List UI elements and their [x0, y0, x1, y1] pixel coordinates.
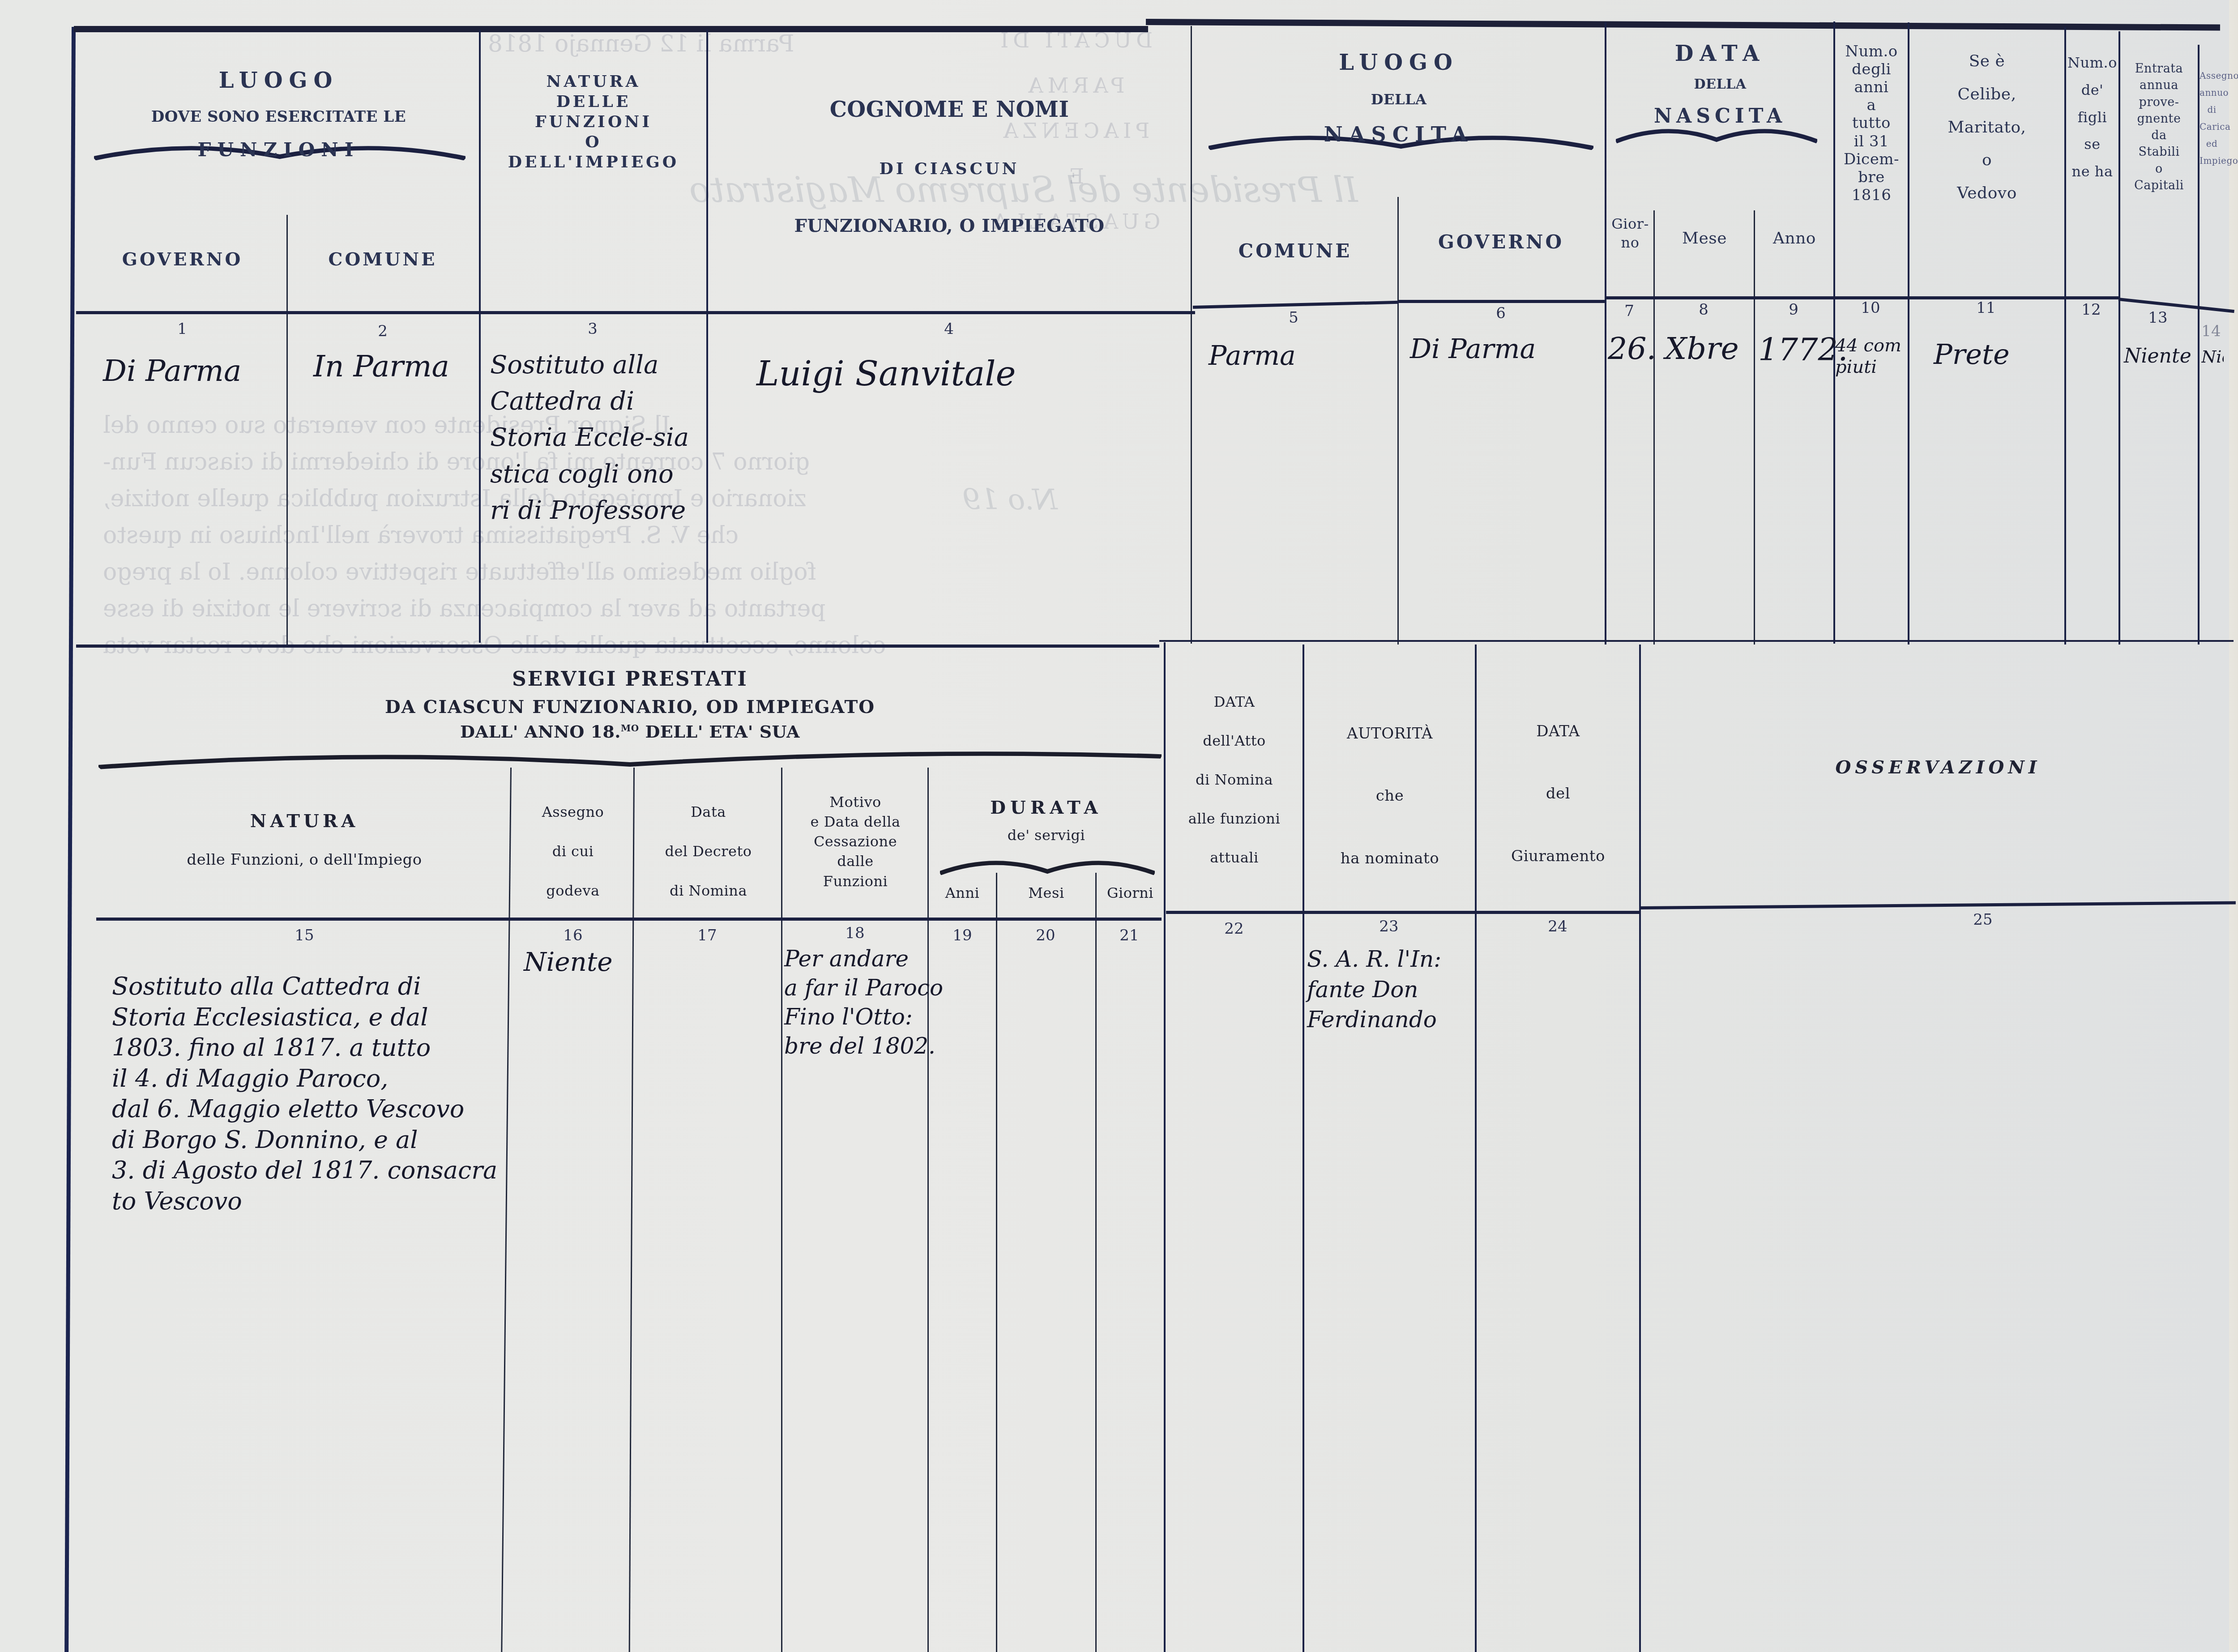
entrata-header-line: Entrata: [2120, 60, 2198, 77]
ghost-stamp-date: Parma li 12 Gennajo 1818: [488, 30, 794, 57]
num-anni-header-line: tutto: [1835, 114, 1908, 132]
subheader-mese: Mese: [1655, 228, 1754, 248]
num-anni-header-line: degli: [1835, 60, 1908, 78]
decreto-header-line: Data: [636, 792, 781, 832]
header-motivo-cessazione: Motivoe Data dellaCessazionedalleFunzion…: [783, 792, 927, 891]
column-number: 7: [1611, 302, 1647, 320]
servigi-natura-entry-line: di Borgo S. Donnino, e al: [112, 1125, 497, 1156]
natura-entry-line: stica cogli ono: [490, 456, 689, 492]
header-data-decreto: Datadel Decretodi Nomina: [636, 792, 781, 910]
natura-header-line: FUNZIONI: [481, 112, 706, 132]
ghost-line: foglio medesimo all'effettuate rispettiv…: [103, 559, 1177, 585]
entrata-header-line: da: [2120, 127, 2198, 144]
header-data-atto-nomina: DATAdell'Attodi Nominaalle funzioniattua…: [1166, 683, 1303, 877]
header-entrata: Entrataannuaprove-gnentedaStabilioCapita…: [2120, 60, 2198, 194]
entrata-header-line: Capitali: [2120, 177, 2198, 194]
servigi-natura-entry-line: dal 6. Maggio eletto Vescovo: [112, 1094, 497, 1125]
giuramento-header-line: DATA: [1477, 700, 1639, 763]
header-natura-impiego: NATURADELLEFUNZIONIODELL'IMPIEGO: [481, 72, 706, 172]
entry-num-anni: 44 compiuti: [1835, 335, 1901, 378]
entry-governo: Di Parma: [103, 354, 241, 388]
column-number: 22: [1216, 920, 1252, 938]
entrata-header-line: annua: [2120, 77, 2198, 94]
column-number: 16: [555, 926, 591, 944]
entry-entrata: Niente: [2124, 345, 2191, 367]
data-atto-header-line: attuali: [1166, 838, 1303, 877]
section-divider: [76, 645, 1159, 648]
column-number: 6: [1483, 304, 1519, 322]
num-anni-entry-line: piuti: [1835, 356, 1901, 378]
column-number: 15: [286, 926, 322, 944]
column-number: 21: [1111, 926, 1147, 944]
stato-civile-header-line: Maritato,: [1909, 111, 2064, 144]
assegno-carica-header-line: di: [2200, 101, 2224, 118]
header-num-figli: Num.ode'figlisene ha: [2066, 49, 2118, 185]
entry-servigi-natura: Sostituto alla Cattedra diStoria Ecclesi…: [112, 971, 497, 1217]
motivo-entry-line: a far il Paroco: [784, 973, 943, 1003]
assegno-header-line: godeva: [513, 871, 633, 910]
column-number: 19: [944, 926, 980, 944]
motivo-entry-line: Per andare: [784, 944, 943, 973]
subheader-governo: GOVERNO: [78, 248, 286, 271]
assegno-carica-header-line: ed: [2200, 135, 2224, 152]
num-figli-header-line: ne ha: [2066, 158, 2118, 185]
data-atto-header-line: di Nomina: [1166, 760, 1303, 799]
header-data-nascita: DATA DELLA NASCITA: [1607, 40, 1833, 128]
natura-header-line: O: [481, 132, 706, 152]
header-natura-funzioni: NATURA delle Funzioni, o dell'Impiego: [98, 810, 510, 870]
motivo-header-line: e Data della: [783, 812, 927, 832]
stato-civile-header-line: Se è: [1909, 45, 2064, 78]
entry-anno: 1772.: [1758, 331, 1848, 368]
entry-mese: Xbre: [1665, 331, 1739, 367]
assegno-header-line: di cui: [513, 832, 633, 871]
column-number: 17: [689, 926, 725, 944]
subheader-anno: Anno: [1755, 228, 1833, 248]
natura-entry-line: Storia Eccle-sia: [490, 419, 689, 456]
ghost-line: pertanto ad aver la compiacenza di scriv…: [103, 595, 1177, 622]
header-luogo-nascita: LUOGO DELLA NASCITA: [1193, 49, 1605, 148]
data-atto-header-line: dell'Atto: [1166, 721, 1303, 760]
motivo-header-line: dalle: [783, 851, 927, 871]
header-rule: [76, 311, 1195, 314]
assegno-carica-header-line: Carica: [2200, 118, 2224, 135]
servigi-natura-entry-line: il 4. di Maggio Paroco,: [112, 1063, 497, 1094]
servigi-natura-entry-line: Sostituto alla Cattedra di: [112, 971, 497, 1002]
num-anni-entry-line: 44 com: [1835, 335, 1901, 356]
num-anni-header-line: anni: [1835, 78, 1908, 96]
natura-header-line: NATURA: [481, 72, 706, 92]
entry-nascita-comune: Parma: [1209, 340, 1296, 371]
header-assegno: Assegnodi cuigodeva: [513, 792, 633, 910]
column-number: 4: [931, 320, 967, 338]
entrata-header-line: gnente: [2120, 111, 2198, 127]
subheader-mesi: Mesi: [997, 884, 1095, 902]
servigi-prestati-banner: SERVIGI PRESTATI DA CIASCUN FUNZIONARIO,…: [98, 667, 1162, 743]
entry-comune: In Parma: [313, 349, 449, 384]
header-stato-civile: Se èCelibe,Maritato,oVedovo: [1909, 45, 2064, 210]
entry-last-col: Nien: [2201, 347, 2224, 367]
entry-giorno: 26.: [1608, 331, 1656, 367]
giuramento-header-line: Giuramento: [1477, 825, 1639, 888]
subheader-comune: COMUNE: [286, 248, 479, 271]
assegno-header-line: Assegno: [513, 792, 633, 832]
column-number: 14: [2193, 322, 2229, 340]
motivo-entry-line: bre del 1802.: [784, 1032, 943, 1061]
column-number: 8: [1686, 301, 1721, 319]
servigi-natura-entry-line: to Vescovo: [112, 1186, 497, 1217]
servigi-natura-entry-line: 1803. fino al 1817. a tutto: [112, 1033, 497, 1063]
assegno-carica-header-line: Impiego: [2200, 152, 2224, 169]
num-anni-header-line: a: [1835, 96, 1908, 114]
entrata-header-line: prove-: [2120, 94, 2198, 111]
assegno-carica-header-line: Assegno: [2200, 67, 2224, 84]
header-num-anni: Num.odeglianniatuttoil 31Dicem-bre1816: [1835, 43, 1908, 204]
stato-civile-header-line: Vedovo: [1909, 177, 2064, 210]
natura-header-line: DELLE: [481, 92, 706, 112]
subheader-nascita-governo: GOVERNO: [1397, 231, 1605, 254]
subheader-giorni: Giorni: [1097, 884, 1164, 902]
adjacent-page-edge: [2229, 0, 2238, 1652]
num-anni-header-line: il 31: [1835, 132, 1908, 150]
column-number: 12: [2073, 301, 2109, 319]
num-figli-header-line: de': [2066, 77, 2118, 104]
natura-entry-line: Cattedra di: [490, 383, 689, 419]
servigi-natura-entry-line: Storia Ecclesiastica, e dal: [112, 1002, 497, 1033]
motivo-header-line: Cessazione: [783, 832, 927, 851]
subheader-nascita-comune: COMUNE: [1193, 239, 1397, 263]
autorita-header-line: AUTORITÀ: [1305, 703, 1475, 765]
column-number: 23: [1371, 918, 1407, 935]
top-border: [74, 26, 1148, 32]
stato-civile-header-line: o: [1909, 144, 2064, 177]
stato-civile-header-line: Celibe,: [1909, 78, 2064, 111]
entry-nome: Luigi Sanvitale: [756, 354, 1016, 393]
autorita-header-line: che: [1305, 765, 1475, 827]
num-anni-header-line: Dicem-: [1835, 150, 1908, 168]
autorita-header-line: ha nominato: [1305, 828, 1475, 890]
data-atto-header-line: DATA: [1166, 683, 1303, 721]
motivo-header-line: Motivo: [783, 792, 927, 812]
header-data-giuramento: DATAdelGiuramento: [1477, 700, 1639, 888]
column-number: 11: [1968, 299, 2004, 317]
natura-entry-line: Sostituto alla: [490, 347, 689, 383]
decreto-header-line: di Nomina: [636, 871, 781, 910]
motivo-header-line: Funzioni: [783, 871, 927, 891]
column-number: 9: [1776, 301, 1811, 319]
entry-motivo: Per andarea far il ParocoFino l'Otto:bre…: [784, 944, 943, 1061]
column-number: 2: [365, 322, 401, 340]
column-number: 1: [164, 320, 200, 338]
column-number: 13: [2140, 309, 2176, 327]
motivo-entry-line: Fino l'Otto:: [784, 1003, 943, 1032]
data-atto-header-line: alle funzioni: [1166, 799, 1303, 838]
num-figli-header-line: se: [2066, 131, 2118, 158]
decreto-header-line: del Decreto: [636, 832, 781, 871]
entrata-header-line: o: [2120, 161, 2198, 177]
column-number: 20: [1028, 926, 1063, 944]
num-anni-header-line: 1816: [1835, 186, 1908, 204]
num-figli-header-line: figli: [2066, 104, 2118, 131]
giuramento-header-line: del: [1477, 763, 1639, 825]
column-number: 3: [575, 320, 611, 338]
natura-header-line: DELL'IMPIEGO: [481, 152, 706, 172]
entry-assegno: Niente: [524, 947, 613, 977]
header-assegno-carica: AssegnoannuodiCaricaedImpiego: [2200, 67, 2224, 169]
header-autorita: AUTORITÀcheha nominato: [1305, 703, 1475, 890]
natura-entry-line: ri di Professore: [490, 492, 689, 529]
entry-stato-civile: Prete: [1934, 338, 2010, 371]
autorita-entry-line: fante Don: [1307, 975, 1441, 1005]
header-durata: DURATA de' servigi: [929, 797, 1164, 844]
entrata-header-line: Stabili: [2120, 144, 2198, 160]
entry-natura: Sostituto allaCattedra diStoria Eccle-si…: [490, 347, 689, 529]
subheader-giorno: Gior-no: [1607, 215, 1653, 252]
header-cognome-nomi: COGNOME E NOMI DI CIASCUN FUNZIONARIO, O…: [708, 96, 1191, 237]
column-number: 10: [1853, 299, 1888, 317]
autorita-entry-line: S. A. R. l'In:: [1307, 944, 1441, 975]
header-luogo-funzioni: LUOGO DOVE SONO ESERCITATE LE FUNZIONI: [78, 67, 479, 162]
entry-nascita-governo: Di Parma: [1410, 333, 1536, 365]
entry-autorita: S. A. R. l'In:fante DonFerdinando: [1307, 944, 1441, 1035]
assegno-carica-header-line: annuo: [2200, 84, 2224, 101]
num-anni-header-line: Num.o: [1835, 43, 1908, 60]
num-figli-header-line: Num.o: [2066, 49, 2118, 77]
column-number: 24: [1540, 918, 1576, 935]
column-number: 25: [1965, 911, 2001, 929]
autorita-entry-line: Ferdinando: [1307, 1005, 1441, 1035]
column-number: 18: [837, 924, 873, 942]
subheader-anni: Anni: [929, 884, 996, 902]
num-anni-header-line: bre: [1835, 168, 1908, 186]
header-osservazioni: OSSERVAZIONI: [1640, 756, 2236, 779]
column-number: 5: [1276, 309, 1311, 327]
servigi-natura-entry-line: 3. di Agosto del 1817. consacra: [112, 1155, 497, 1186]
